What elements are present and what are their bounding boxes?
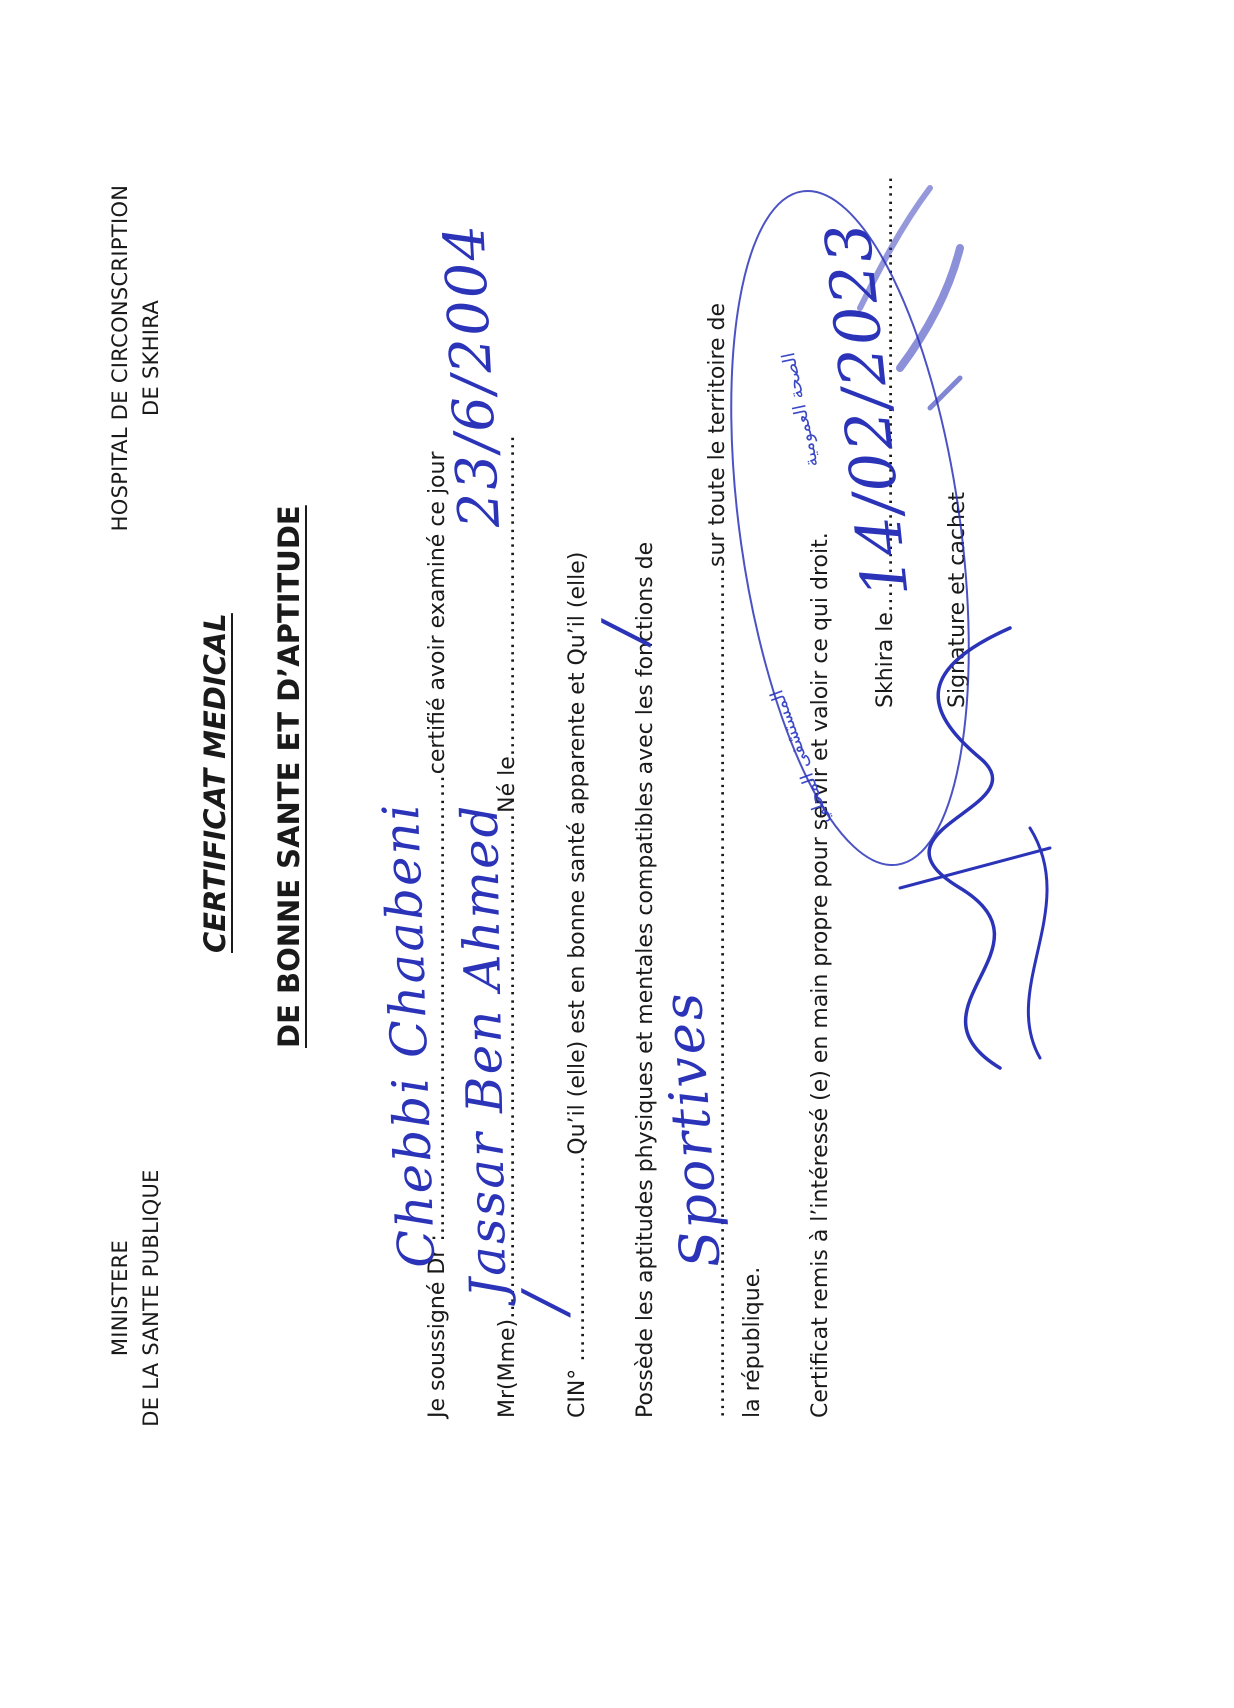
- signature-and-stamp-ink: [0, 0, 1234, 1708]
- stamp-oval: [694, 176, 1006, 880]
- certificate-page: MINISTERE DE LA SANTE PUBLIQUE HOSPITAL …: [0, 0, 1234, 1708]
